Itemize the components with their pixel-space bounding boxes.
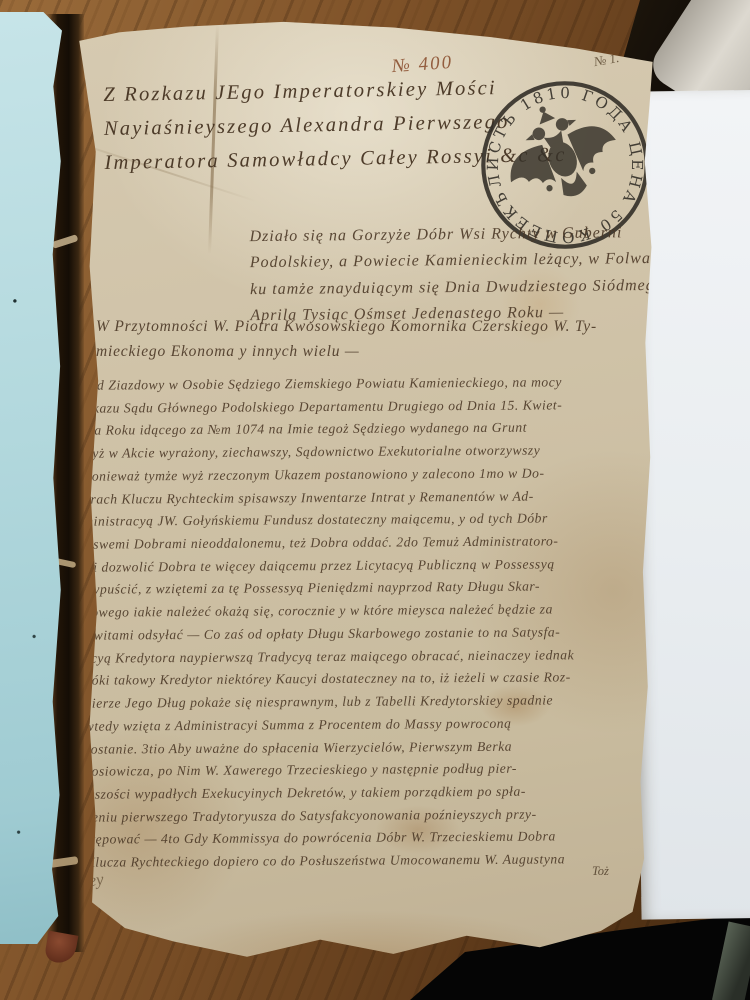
blue-book-cover-edge <box>0 12 62 944</box>
presence-line: W Przytomności W. Piotra Kwosowskiego Ko… <box>96 318 597 343</box>
body-line: Sąd Ziazdowy w Osobie Sędziego Ziemskieg… <box>82 374 572 400</box>
body-text: Sąd Ziazdowy w Osobie Sędziego Ziemskieg… <box>82 374 575 877</box>
body-line: kcyą Kredytora naypierwszą Tradycyą tera… <box>84 647 574 673</box>
body-line: stępować — 4to Gdy Kommissya do powrócen… <box>85 829 575 855</box>
document-number-red-ink: № 400 <box>391 52 454 78</box>
body-line: wypuścić, z wziętemi za tę Possessyą Pie… <box>84 579 574 605</box>
body-line: Ukazu Sądu Głównego Podolskiego Departam… <box>82 397 572 423</box>
body-line: wyż w Akcie wyrażony, ziechawszy, Sądown… <box>83 442 573 468</box>
photograph-of-manuscript: { "scene": { "description": "Photograph … <box>0 0 750 1000</box>
body-line: Josiowicza, po Nim W. Xawerego Trzeciesk… <box>85 761 575 787</box>
catchword: Toż <box>592 864 609 879</box>
manuscript-page: № 400 № 1. Z Rozkazu JEgo Imperatorskiey… <box>64 18 674 973</box>
body-line: brach Kluczu Rychteckim spisawszy Inwent… <box>83 488 573 514</box>
body-line: wszości wypadłych Exekucyinych Dekretów,… <box>85 783 575 809</box>
body-line: wtedy wzięta z Administracyi Summa z Pro… <box>85 715 575 741</box>
body-line: Klucza Rychteckiego dopiero co do Posłus… <box>86 851 576 877</box>
presence-line: mieckiego Ekonoma y innych wielu — <box>96 343 597 368</box>
body-line: bowego iakie należeć okażą się, coroczni… <box>84 601 574 627</box>
body-line: ceniu pierwszego Tradytoryusza do Satysf… <box>85 806 575 832</box>
body-line: Kwitami odsyłać — Co zaś od opłaty Długu… <box>84 624 574 650</box>
body-line: bierze Jego Dług pokaże się niesprawnym,… <box>84 692 574 718</box>
body-line: z swemi Dobrami nieoddalonemu, też Dobra… <box>83 533 573 559</box>
presence-paragraph: W Przytomności W. Piotra Kwosowskiego Ko… <box>96 318 597 368</box>
body-line: nia Roku idącego za №m 1074 na Imie tego… <box>83 420 573 446</box>
body-line: wi dozwolić Dobra te więcey daiącemu prz… <box>84 556 574 582</box>
body-line: Ponieważ tymże wyż rzeczonym Ukazem post… <box>83 465 573 491</box>
body-line: ministracyą JW. Gołyńskiemu Fundusz dost… <box>83 511 573 537</box>
body-line: zostanie. 3tio Aby uważne do spłacenia W… <box>85 738 575 764</box>
body-line: póki takowy Kredytor niektórey Kaucyi do… <box>84 670 574 696</box>
